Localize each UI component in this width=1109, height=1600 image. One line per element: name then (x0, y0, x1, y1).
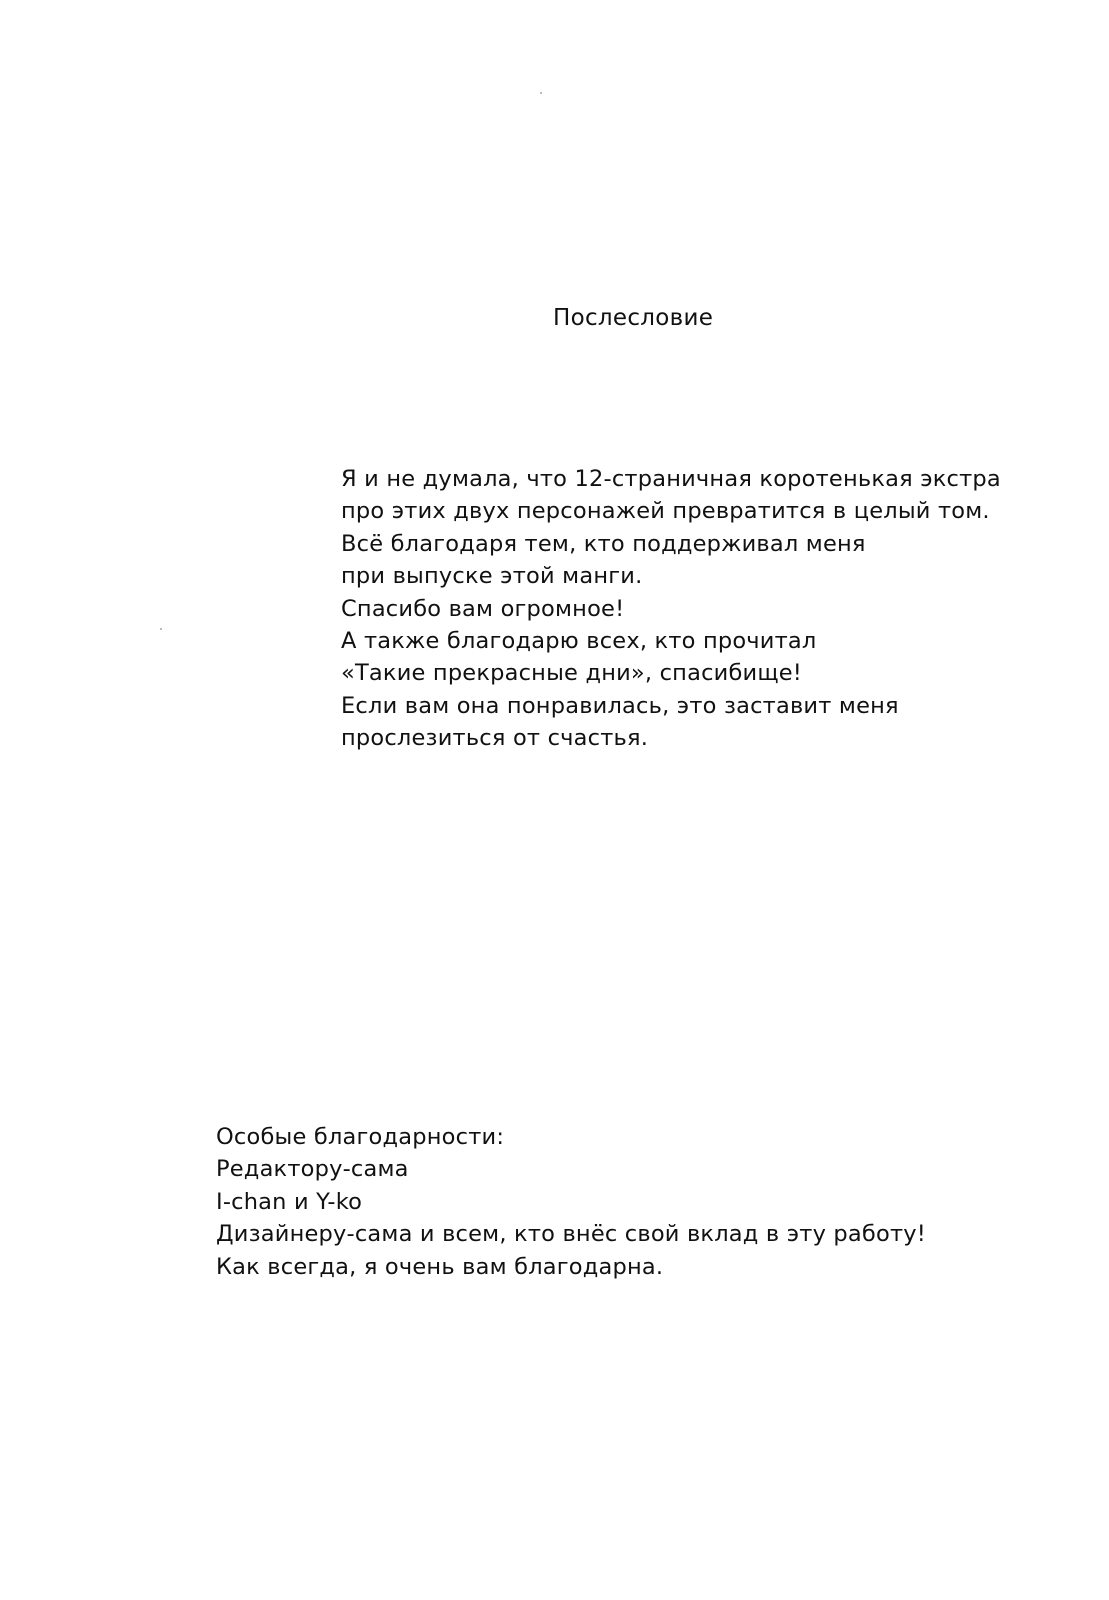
afterword-line: «Такие прекрасные дни», спасибище! (341, 657, 1001, 689)
afterword-page: Послесловие Я и не думала, что 12-страни… (0, 0, 1109, 1600)
afterword-line: Спасибо вам огромное! (341, 593, 1001, 625)
page-title: Послесловие (553, 303, 713, 333)
afterword-line: Если вам она понравилась, это заставит м… (341, 690, 1001, 722)
afterword-line: про этих двух персонажей превратится в ц… (341, 495, 1001, 527)
afterword-line: при выпуске этой манги. (341, 560, 1001, 592)
afterword-line: Всё благодаря тем, кто поддерживал меня (341, 528, 1001, 560)
special-thanks: Особые благодарности: Редактору-сама I-c… (216, 1121, 926, 1283)
afterword-line: А также благодарю всех, кто прочитал (341, 625, 1001, 657)
thanks-heading: Особые благодарности: (216, 1121, 926, 1153)
afterword-line: прослезиться от счастья. (341, 722, 1001, 754)
thanks-line: Редактору-сама (216, 1153, 926, 1185)
afterword-line: Я и не думала, что 12-страничная коротен… (341, 463, 1001, 495)
thanks-line: Как всегда, я очень вам благодарна. (216, 1251, 926, 1283)
thanks-line: I-chan и Y-ko (216, 1186, 926, 1218)
thanks-line: Дизайнеру-сама и всем, кто внёс свой вкл… (216, 1218, 926, 1250)
scan-speck (540, 92, 542, 94)
afterword-text: Я и не думала, что 12-страничная коротен… (341, 463, 1001, 755)
scan-speck (160, 628, 162, 630)
